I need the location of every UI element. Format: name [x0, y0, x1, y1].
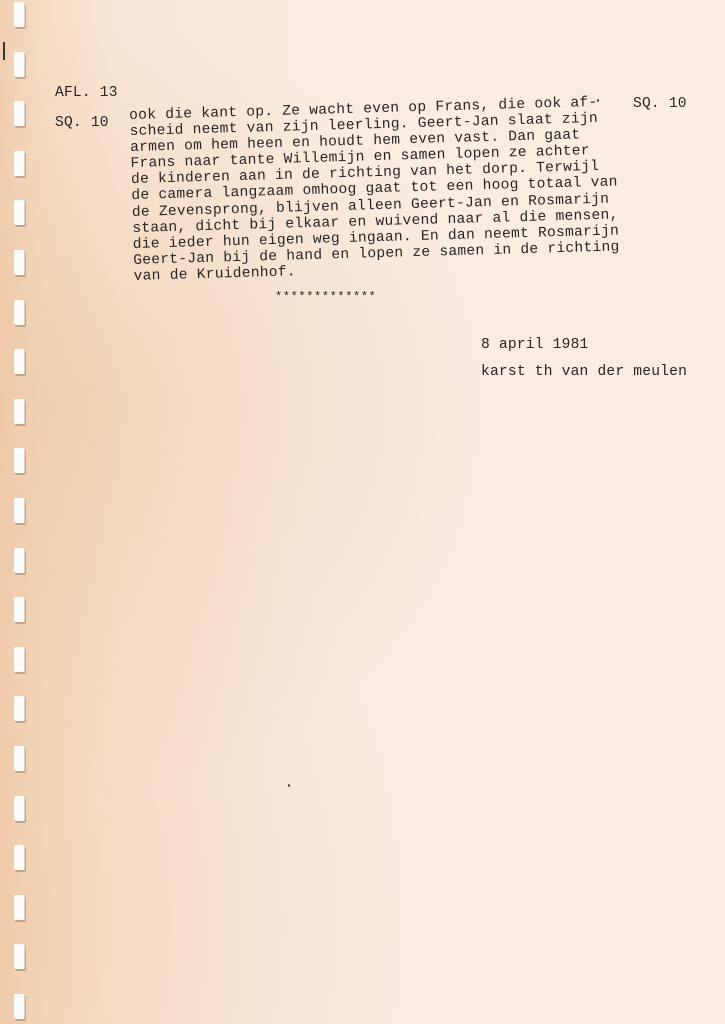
- sequence-label-left: SQ. 10: [55, 116, 109, 131]
- author-name: karst th van der meulen: [481, 365, 687, 380]
- binding-hole: [14, 101, 25, 126]
- binding-holes: [14, 0, 28, 1024]
- binding-hole: [14, 300, 25, 325]
- binding-hole: [14, 399, 25, 424]
- binding-hole: [14, 994, 25, 1019]
- end-separator: *************: [275, 291, 376, 303]
- binding-hole: [14, 448, 25, 473]
- binding-hole: [14, 200, 25, 225]
- binding-hole: [14, 52, 25, 77]
- binding-hole: [14, 696, 25, 721]
- binding-hole: [14, 597, 25, 622]
- binding-hole: [14, 548, 25, 573]
- binding-hole: [14, 746, 25, 771]
- binding-hole: [14, 349, 25, 374]
- binding-hole: [14, 647, 25, 672]
- margin-pen-mark: [3, 42, 5, 60]
- binding-hole: [14, 2, 25, 27]
- binding-hole: [14, 498, 25, 523]
- binding-hole: [14, 944, 25, 969]
- sequence-label-right: SQ. 10: [633, 97, 687, 112]
- binding-hole: [14, 151, 25, 176]
- binding-hole: [14, 796, 25, 821]
- paper-speck: [597, 99, 599, 102]
- binding-hole: [14, 845, 25, 870]
- binding-hole: [14, 250, 25, 275]
- binding-hole: [14, 895, 25, 920]
- typewritten-script-page: AFL. 13 SQ. 10 SQ. 10 ook die kant op. Z…: [0, 0, 725, 1024]
- scene-description: ook die kant op. Ze wacht even op Frans,…: [129, 94, 620, 285]
- episode-label: AFL. 13: [55, 86, 118, 101]
- paper-speck: [288, 784, 290, 787]
- date: 8 april 1981: [481, 338, 589, 353]
